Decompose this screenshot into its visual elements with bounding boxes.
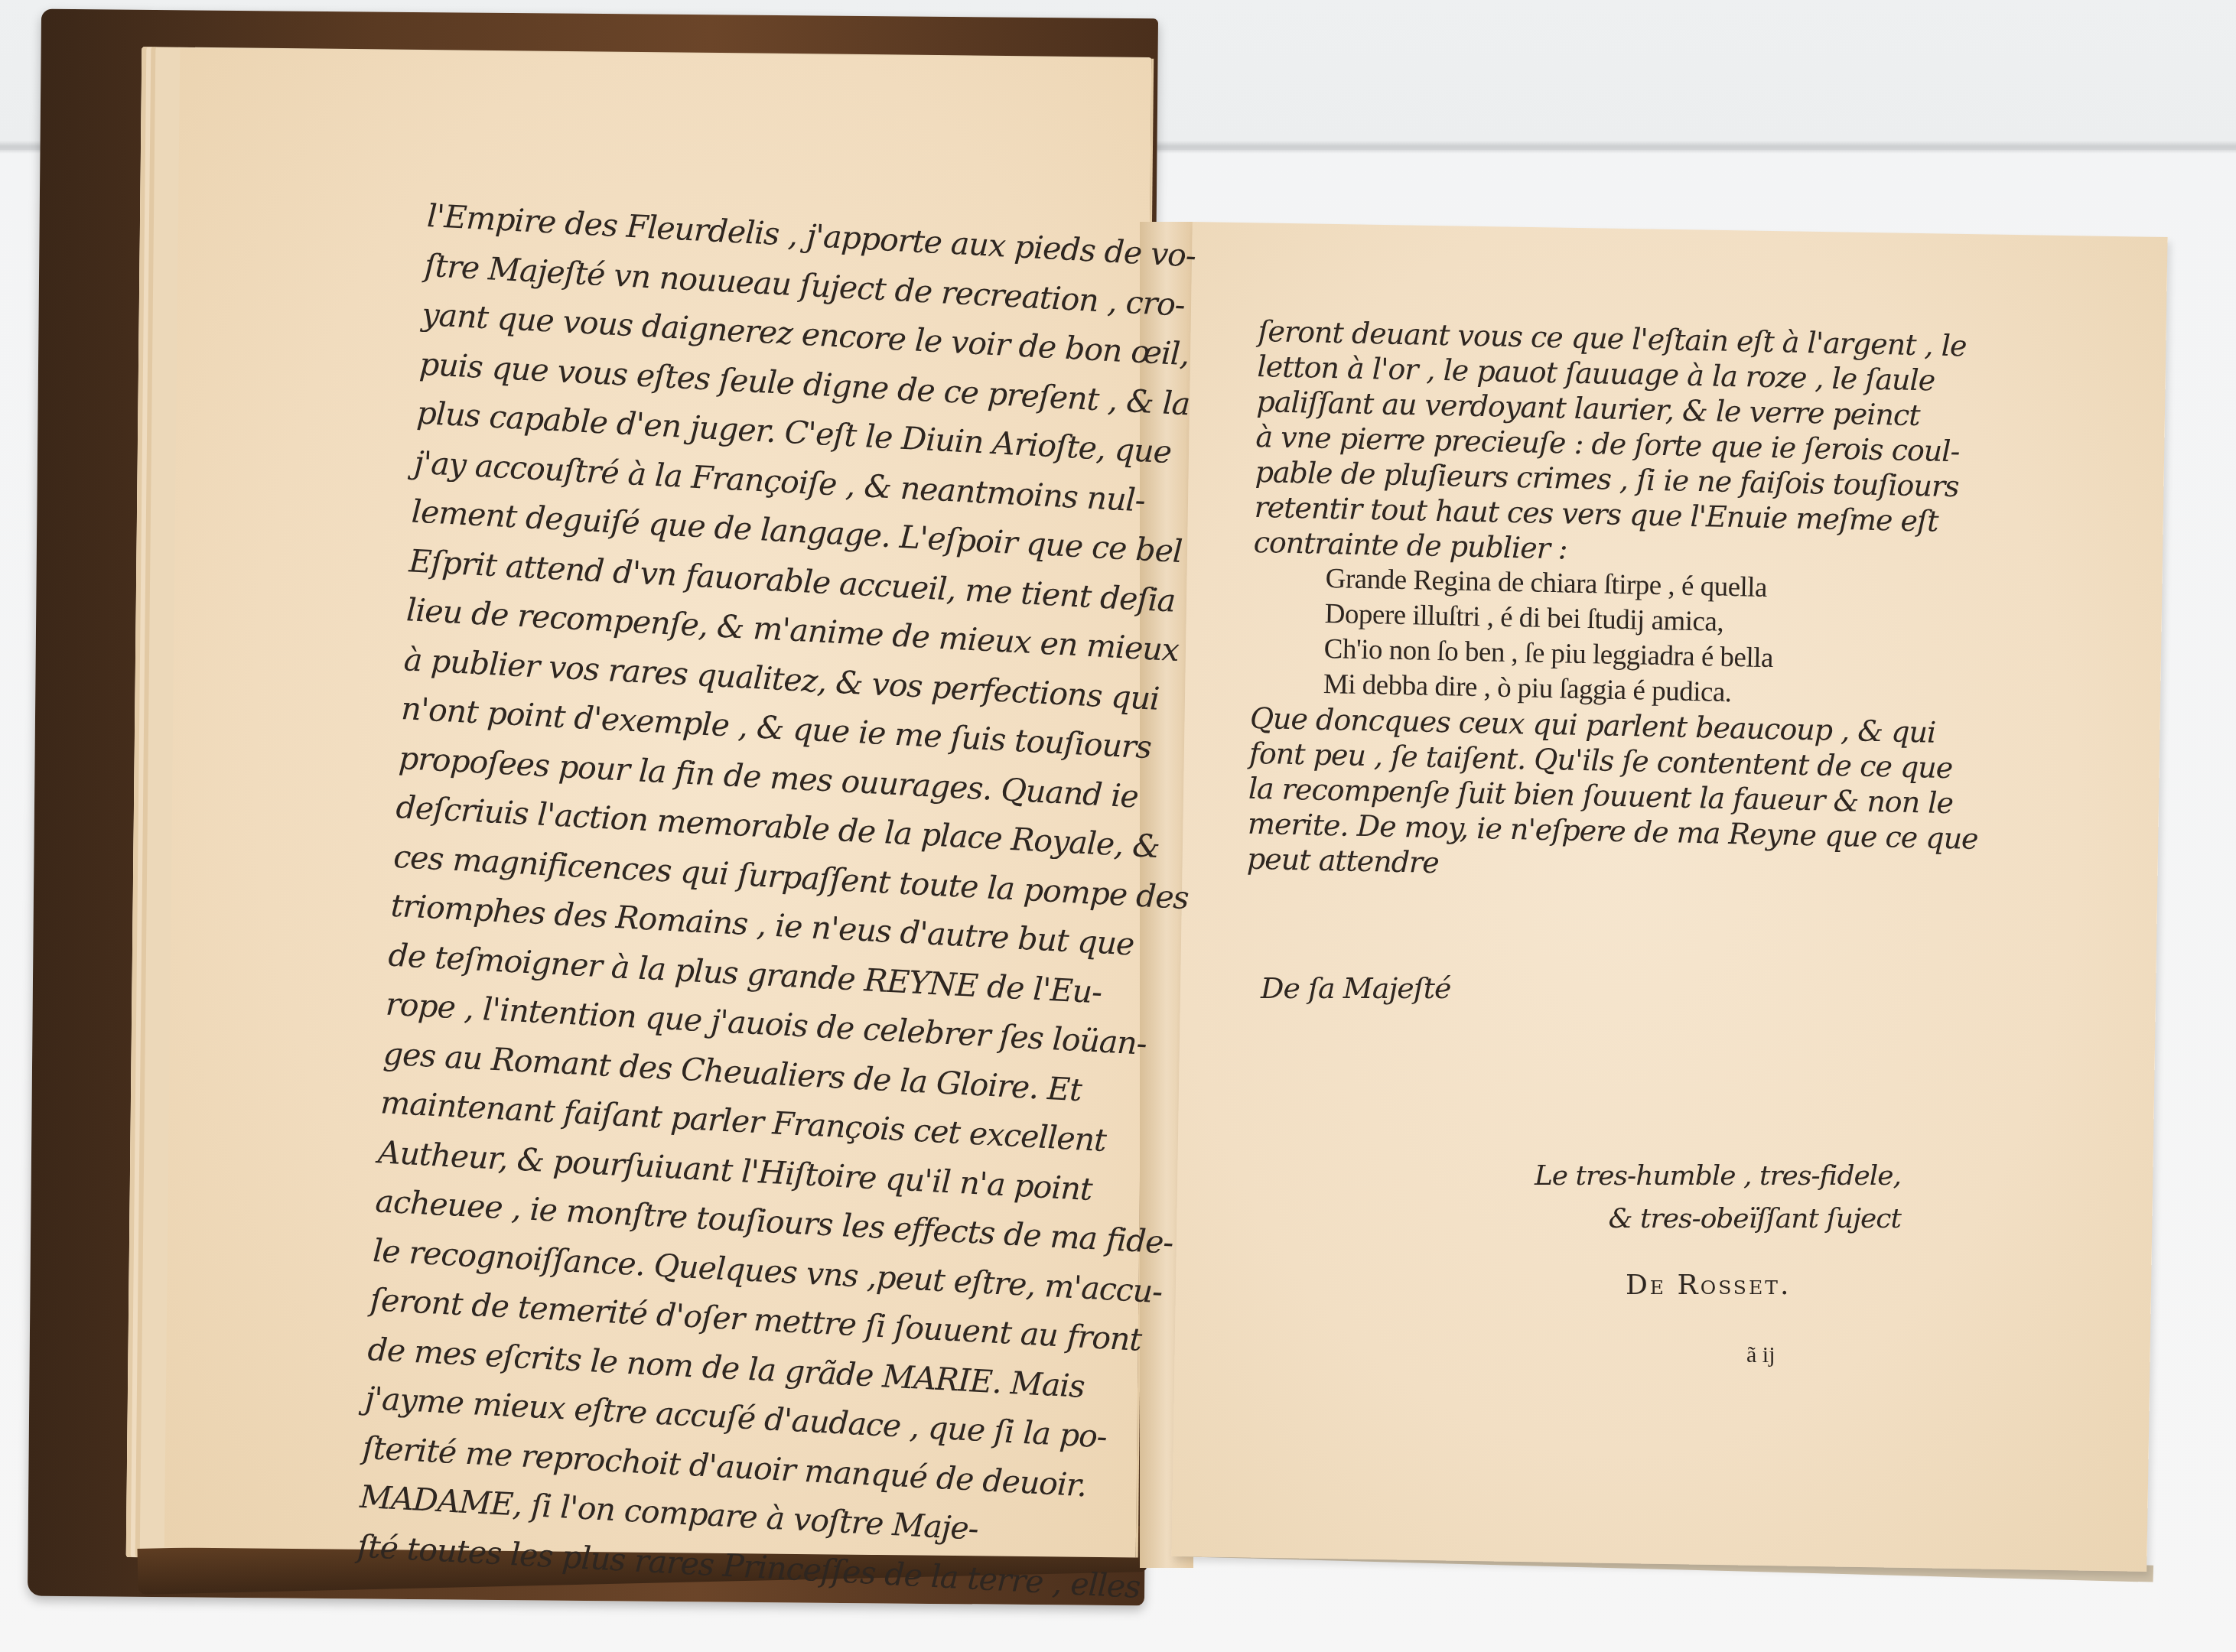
- author-signature: De Rosset.: [1626, 1270, 1791, 1301]
- signoff-line: & tres-obeïſſant ſuject: [1511, 1198, 1901, 1241]
- right-page-text: ſeront deuant vous ce que l'eſtain eſt à…: [1247, 314, 1916, 890]
- signoff: Le tres-humble , tres-fidele, & tres-obe…: [1511, 1155, 1901, 1241]
- left-page-text: l'Empire des Fleurdelis , j'apporte aux …: [356, 191, 1115, 1607]
- salutation: De ſa Majeſté: [1261, 971, 1451, 1005]
- signoff-line: Le tres-humble , tres-fidele,: [1511, 1155, 1901, 1198]
- folio-signature-mark: ã ij: [1746, 1342, 1775, 1368]
